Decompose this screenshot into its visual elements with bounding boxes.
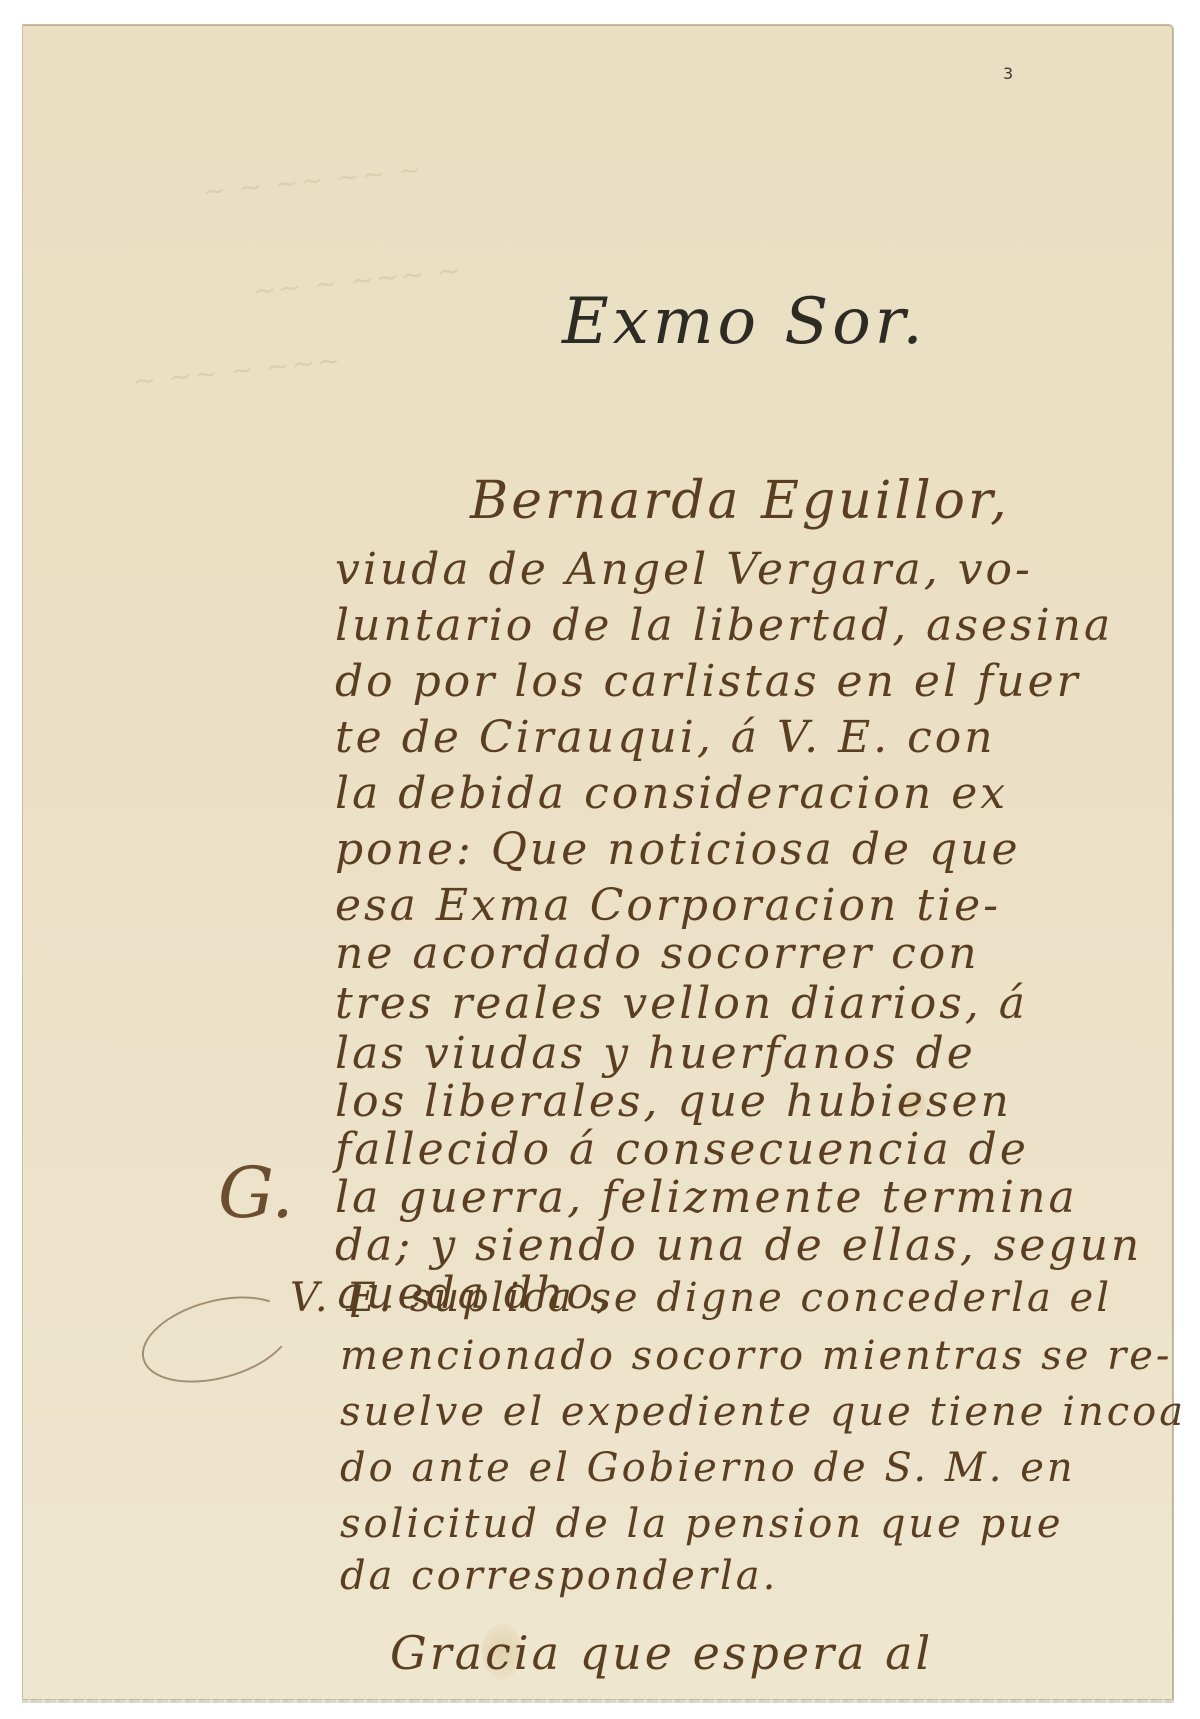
page-number: 3 xyxy=(1003,64,1013,83)
closing-line: Gracia que espera al xyxy=(390,1630,933,1676)
petition-mark: G. xyxy=(218,1158,294,1228)
bleed-through-text: ~ ~ ~~ ~~ ~ xyxy=(201,152,425,208)
body-line: viuda de Angel Vergara, vo- xyxy=(335,548,1033,592)
petition-line: V. E. suplica se digne concederla el xyxy=(290,1278,1112,1318)
body-line: la guerra, felizmente termina xyxy=(335,1176,1078,1220)
body-line: pone: Que noticiosa de que xyxy=(335,828,1021,872)
bleed-through-text: ~ ~~ ~ ~~~ xyxy=(131,343,344,398)
body-line: las viudas y huerfanos de xyxy=(335,1032,976,1076)
body-line: Bernarda Eguillor, xyxy=(470,475,1010,527)
body-line: luntario de la libertad, asesina xyxy=(335,604,1113,648)
petition-line: mencionado socorro mientras se re- xyxy=(340,1336,1172,1376)
petition-line: da corresponderla. xyxy=(340,1556,778,1596)
bleed-through-text: ~~ ~ ~~~ ~ xyxy=(251,253,464,308)
body-line: ne acordado socorrer con xyxy=(335,932,980,976)
body-line: los liberales, que hubiesen xyxy=(335,1080,1012,1124)
body-line: tres reales vellon diarios, á xyxy=(335,982,1028,1026)
body-line: la debida consideracion ex xyxy=(335,772,1008,816)
body-line: te de Cirauqui, á V. E. con xyxy=(335,716,996,760)
petition-line: suelve el expediente que tiene incoa xyxy=(340,1392,1186,1432)
body-line: esa Exma Corporacion tie- xyxy=(335,884,1001,928)
body-line: do por los carlistas en el fuer xyxy=(335,660,1081,704)
body-line: da; y siendo una de ellas, segun xyxy=(335,1224,1142,1268)
petition-line: solicitud de la pension que pue xyxy=(340,1504,1064,1544)
salutation: Exmo Sor. xyxy=(562,290,927,354)
petition-line: do ante el Gobierno de S. M. en xyxy=(340,1448,1076,1488)
body-line: fallecido á consecuencia de xyxy=(335,1128,1029,1172)
